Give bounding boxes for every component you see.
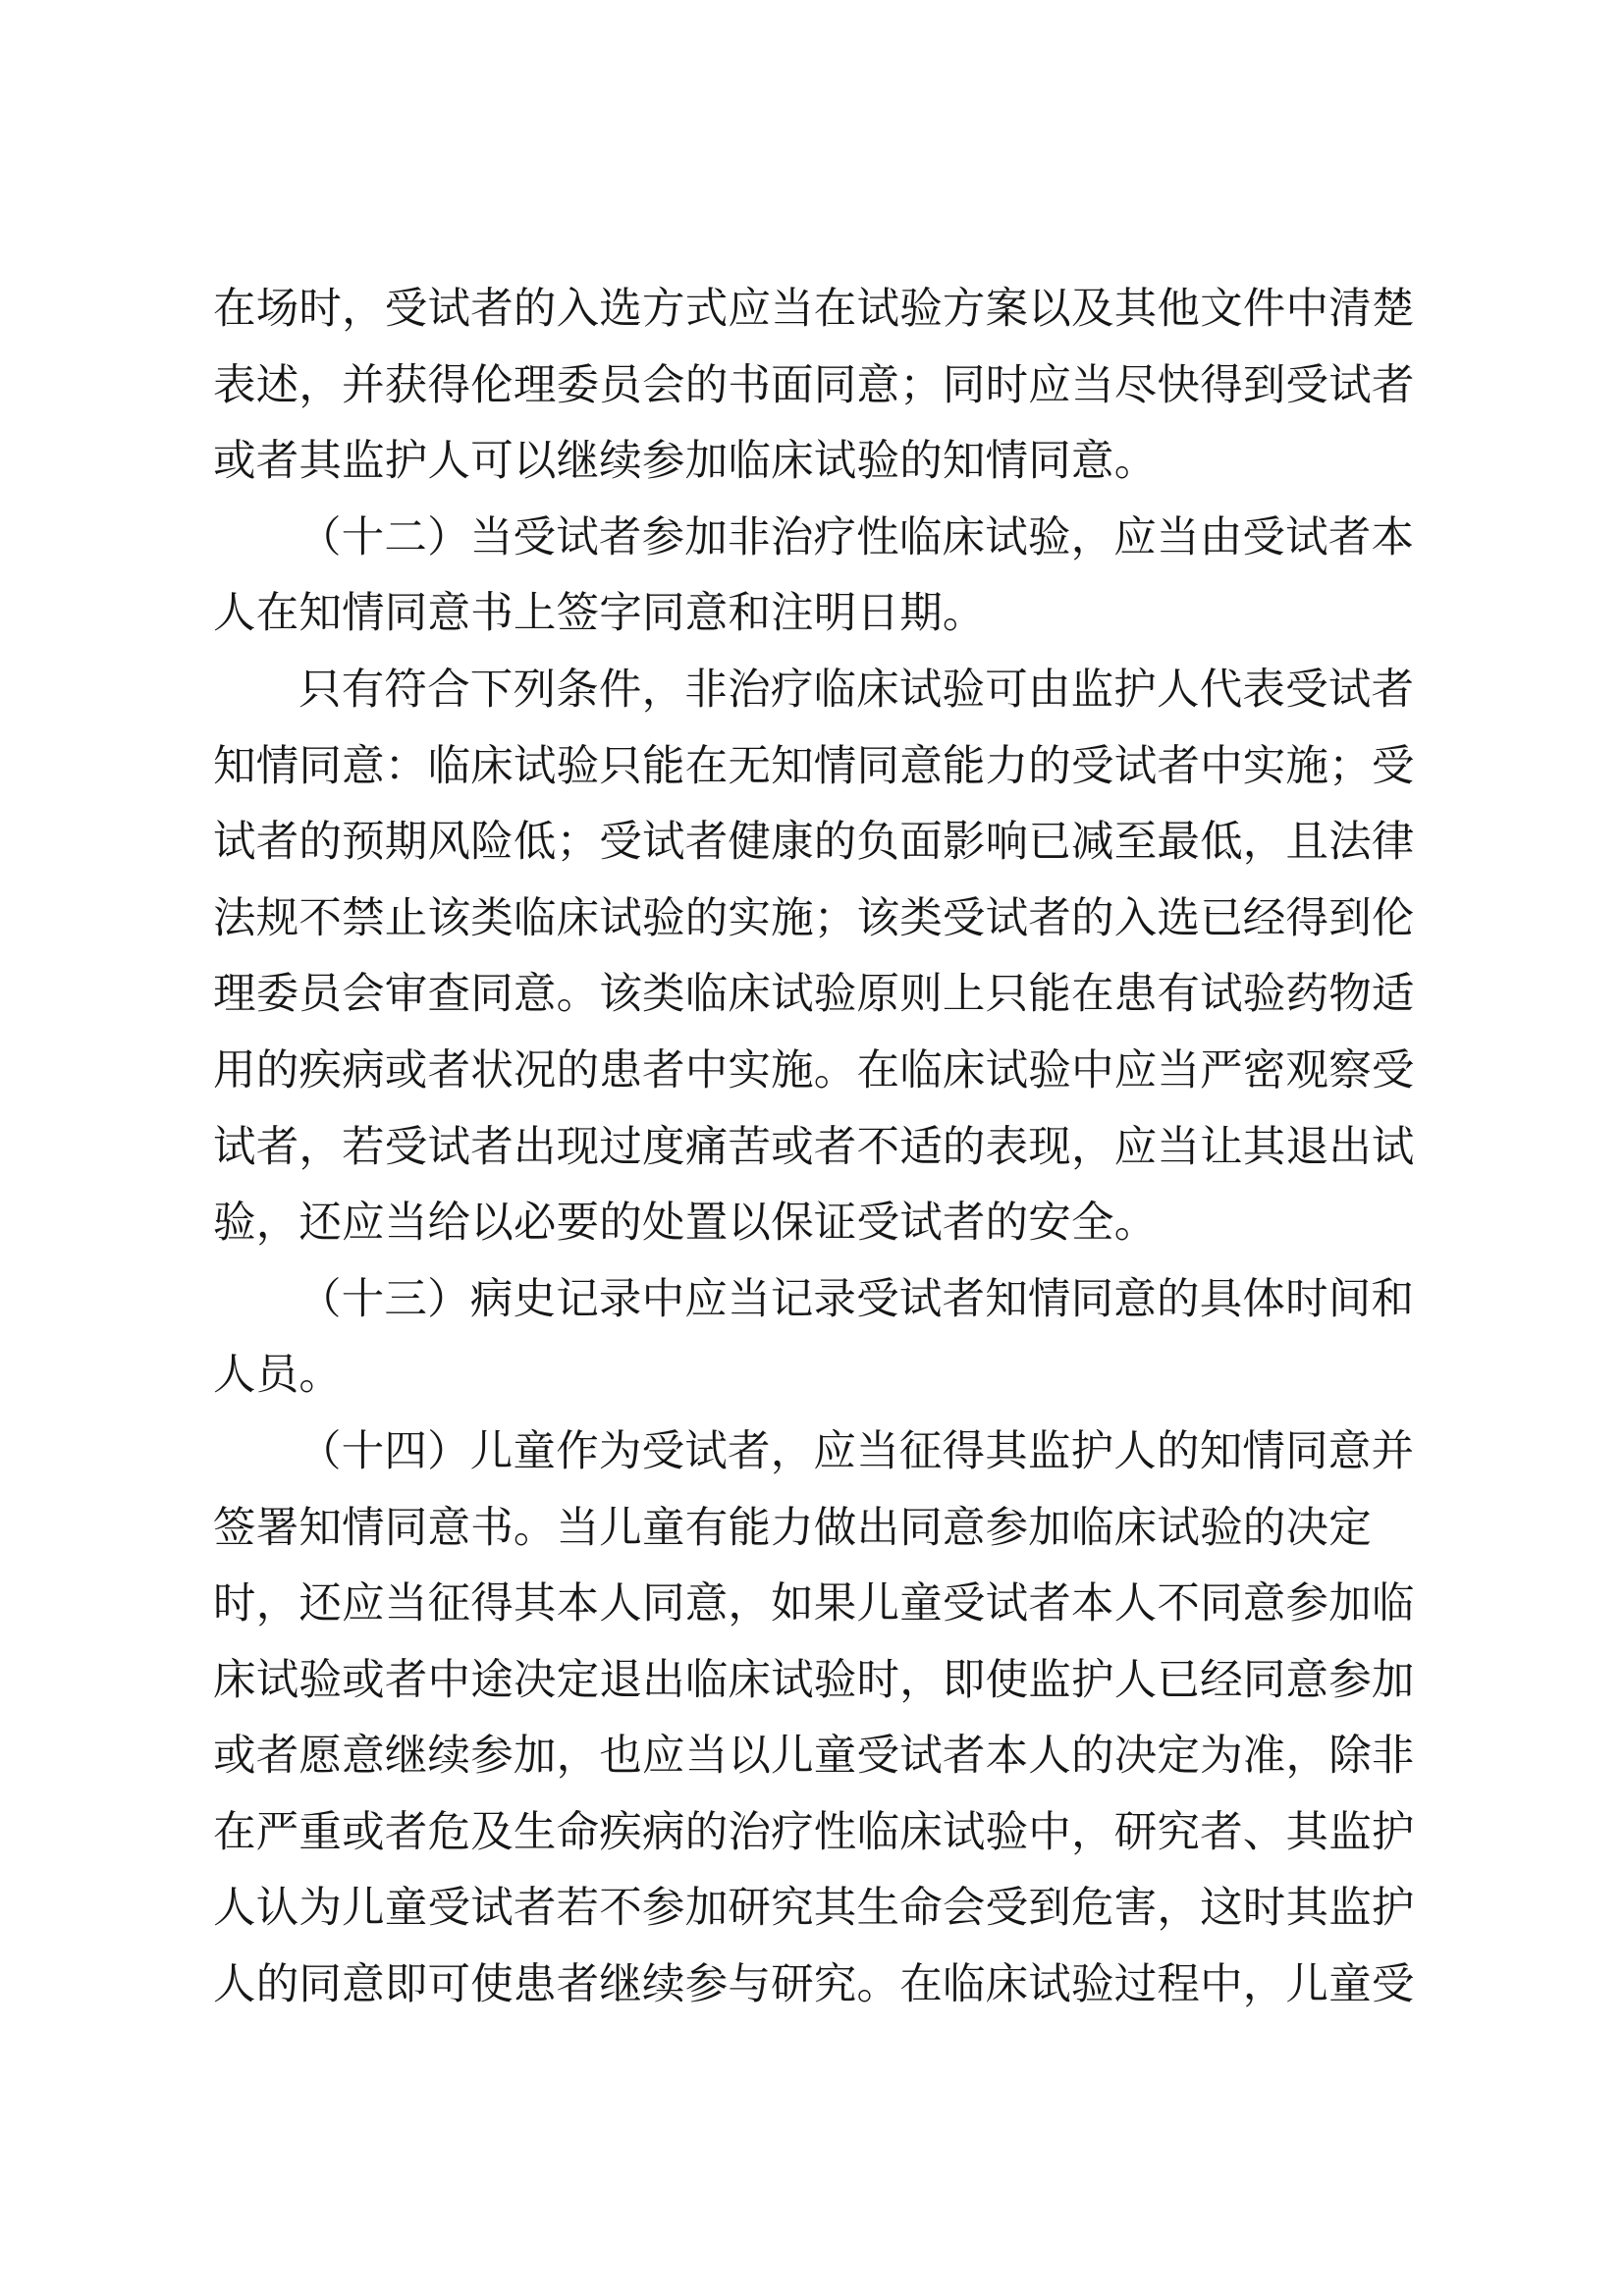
- text-line: 理委员会审查同意。该类临床试验原则上只能在患有试验药物适: [213, 957, 1419, 1034]
- text-line: （十三）病史记录中应当记录受试者知情同意的具体时间和: [213, 1262, 1419, 1339]
- text-line: （十四）儿童作为受试者，应当征得其监护人的知情同意并: [213, 1415, 1419, 1491]
- text-line: 用的疾病或者状况的患者中实施。在临床试验中应当严密观察受: [213, 1034, 1419, 1110]
- text-line: （十二）当受试者参加非治疗性临床试验，应当由受试者本: [213, 501, 1419, 577]
- text-line: 只有符合下列条件，非治疗临床试验可由监护人代表受试者: [213, 653, 1419, 729]
- text-block: 在场时，受试者的入选方式应当在试验方案以及其他文件中清楚 表述，并获得伦理委员会…: [213, 272, 1419, 2024]
- text-line: 试者，若受试者出现过度痛苦或者不适的表现，应当让其退出试: [213, 1110, 1419, 1187]
- text-line: 表述，并获得伦理委员会的书面同意；同时应当尽快得到受试者: [213, 348, 1419, 425]
- text-line: 时，还应当征得其本人同意，如果儿童受试者本人不同意参加临: [213, 1567, 1419, 1643]
- text-line: 人的同意即可使患者继续参与研究。在临床试验过程中，儿童受: [213, 1948, 1419, 2024]
- text-line: 人在知情同意书上签字同意和注明日期。: [213, 576, 1419, 653]
- document-page: 在场时，受试者的入选方式应当在试验方案以及其他文件中清楚 表述，并获得伦理委员会…: [0, 0, 1624, 2296]
- text-line: 法规不禁止该类临床试验的实施；该类受试者的入选已经得到伦: [213, 881, 1419, 958]
- text-line: 人认为儿童受试者若不参加研究其生命会受到危害，这时其监护: [213, 1871, 1419, 1948]
- text-line: 或者其监护人可以继续参加临床试验的知情同意。: [213, 424, 1419, 501]
- text-line: 在场时，受试者的入选方式应当在试验方案以及其他文件中清楚: [213, 272, 1419, 348]
- text-line: 签署知情同意书。当儿童有能力做出同意参加临床试验的决定: [213, 1491, 1419, 1568]
- text-line: 验，还应当给以必要的处置以保证受试者的安全。: [213, 1186, 1419, 1262]
- text-line: 知情同意：临床试验只能在无知情同意能力的受试者中实施；受: [213, 729, 1419, 806]
- text-line: 或者愿意继续参加，也应当以儿童受试者本人的决定为准，除非: [213, 1719, 1419, 1795]
- text-line: 人员。: [213, 1338, 1419, 1415]
- text-line: 床试验或者中途决定退出临床试验时，即使监护人已经同意参加: [213, 1643, 1419, 1720]
- text-line: 在严重或者危及生命疾病的治疗性临床试验中，研究者、其监护: [213, 1795, 1419, 1872]
- text-line: 试者的预期风险低；受试者健康的负面影响已减至最低，且法律: [213, 805, 1419, 881]
